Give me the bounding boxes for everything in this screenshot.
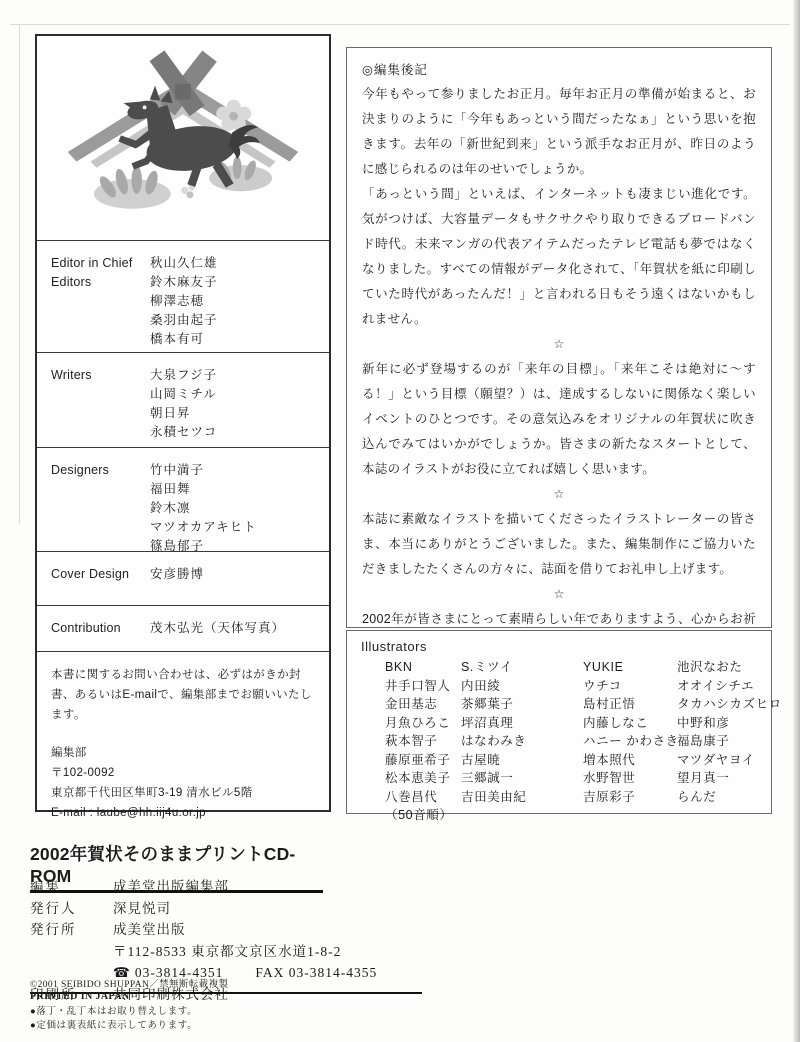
credit-role-labels: Cover Design bbox=[51, 565, 150, 605]
credit-name: 秋山久仁雄 bbox=[150, 254, 329, 273]
publication-row-value: 成美堂出版編集部 bbox=[113, 879, 229, 894]
credit-role-label: Writers bbox=[51, 366, 150, 385]
credit-name: 柳澤志穂 bbox=[150, 292, 329, 311]
printed-in-japan: PRINTED IN JAPAN bbox=[30, 991, 130, 1002]
credit-name: 永積セツコ bbox=[150, 423, 329, 442]
credit-role-label: Editor in Chief bbox=[51, 254, 150, 273]
illustrator-name: 萩本智子 bbox=[385, 732, 453, 751]
credit-name: 橋本有可 bbox=[150, 330, 329, 349]
illustrator-name: 茶郷葉子 bbox=[461, 695, 527, 714]
credit-section: Editor in ChiefEditors秋山久仁雄鈴木麻友子柳澤志穂桑羽由起… bbox=[37, 240, 329, 352]
illustrator-name: ハニー かわさき bbox=[583, 732, 679, 751]
illustrators-label: Illustrators bbox=[361, 639, 771, 654]
illustrator-name: はなわみき bbox=[461, 732, 527, 751]
ema-horse-illustration bbox=[52, 44, 314, 232]
editorial-postscript-panel: ◎編集後記 今年もやって参りましたお正月。毎年お正月の準備が始まると、お決まりの… bbox=[346, 47, 772, 628]
illustrator-name: 内田綾 bbox=[461, 677, 527, 696]
credit-role-label: Cover Design bbox=[51, 565, 150, 584]
postscript-paragraph: 新年に必ず登場するのが「来年の目標」。「来年こそは絶対に〜する！」という目標（願… bbox=[362, 357, 756, 482]
credit-name: 大泉フジ子 bbox=[150, 366, 329, 385]
colophon-note: ●定価は裏表紙に表示してあります。 bbox=[30, 1019, 197, 1033]
credit-name: 竹中満子 bbox=[150, 461, 329, 480]
credit-role-labels: Designers bbox=[51, 461, 150, 551]
credit-sections: Editor in ChiefEditors秋山久仁雄鈴木麻友子柳澤志穂桑羽由起… bbox=[37, 240, 329, 651]
illustrator-name: S.ミツイ bbox=[461, 658, 527, 677]
illustrator-name: らんだ bbox=[677, 788, 782, 807]
credit-name: 福田舞 bbox=[150, 480, 329, 499]
contact-postal: 〒102-0092 bbox=[51, 763, 317, 783]
illustrator-name: （50音順） bbox=[385, 806, 453, 825]
credit-names: 安彦勝博 bbox=[150, 565, 329, 605]
star-divider: ☆ bbox=[362, 582, 756, 607]
illustrator-name: 坪沼真理 bbox=[461, 714, 527, 733]
contact-email: E-mail : laube@hh.iij4u.or.jp bbox=[51, 803, 317, 823]
illustrator-column: S.ミツイ内田綾茶郷葉子坪沼真理はなわみき古屋暁三郷誠一吉田美由紀 bbox=[461, 658, 527, 806]
illustrators-columns: BKN井手口智人金田基志月魚ひろこ萩本智子藤原亜希子松本恵美子八巻昌代（50音順… bbox=[361, 658, 771, 808]
credit-name: 鈴木麻友子 bbox=[150, 273, 329, 292]
publication-row-value: 〒112-8533 東京都文京区水道1-8-2 bbox=[113, 944, 341, 959]
credit-role-labels: Writers bbox=[51, 366, 150, 447]
publication-row: 〒112-8533 東京都文京区水道1-8-2 bbox=[30, 941, 450, 963]
credit-section: Cover Design安彦勝博 bbox=[37, 551, 329, 605]
illustrator-name: オオイシチエ bbox=[677, 677, 782, 696]
credit-section: Designers竹中満子福田舞鈴木凛マツオカアキヒト篠島郁子 bbox=[37, 447, 329, 551]
credit-name: 安彦勝博 bbox=[150, 565, 329, 584]
scan-edge-shadow bbox=[793, 0, 800, 1042]
illustrator-column: 池沢なおたオオイシチエタカハシカズヒロ中野和彦福島康子マツダヤヨイ望月真一らんだ bbox=[677, 658, 782, 806]
credit-name: 桑羽由起子 bbox=[150, 311, 329, 330]
illustrators-panel: Illustrators BKN井手口智人金田基志月魚ひろこ萩本智子藤原亜希子松… bbox=[346, 630, 772, 814]
spacer bbox=[51, 725, 317, 743]
credit-role-label: Designers bbox=[51, 461, 150, 480]
illustrator-column: YUKIEウチコ島村正悟内藤しなこハニー かわさき増本照代水野智世吉原彩子 bbox=[583, 658, 679, 806]
illustrator-name: YUKIE bbox=[583, 658, 679, 677]
credit-name: マツオカアキヒト bbox=[150, 518, 329, 537]
publication-row-label: 発行所 bbox=[30, 919, 113, 941]
illustrator-column: BKN井手口智人金田基志月魚ひろこ萩本智子藤原亜希子松本恵美子八巻昌代（50音順… bbox=[385, 658, 453, 825]
credit-names: 秋山久仁雄鈴木麻友子柳澤志穂桑羽由起子橋本有可 bbox=[150, 254, 329, 352]
postscript-paragraph: 「あっという間」といえば、インターネットも凄まじい進化です。気がつけば、大容量デ… bbox=[362, 182, 756, 332]
contact-section: 本書に関するお問い合わせは、必ずはがきか封書、あるいはE-mailで、編集部まで… bbox=[37, 651, 329, 812]
credit-name: 篠島郁子 bbox=[150, 537, 329, 551]
illustrator-name: 月魚ひろこ bbox=[385, 714, 453, 733]
illustrator-name: 水野智世 bbox=[583, 769, 679, 788]
illustrator-name: 内藤しなこ bbox=[583, 714, 679, 733]
star-divider: ☆ bbox=[362, 482, 756, 507]
postscript-paragraph: 今年もやって参りましたお正月。毎年お正月の準備が始まると、お決まりのように「今年… bbox=[362, 82, 756, 182]
postscript-paragraph: 本誌に素敵なイラストを描いてくださったイラストレーターの皆さま、本当にありがとう… bbox=[362, 507, 756, 582]
star-divider: ☆ bbox=[362, 332, 756, 357]
illustrator-name: 井手口智人 bbox=[385, 677, 453, 696]
publication-row-label: 発行人 bbox=[30, 898, 113, 920]
publication-row: 編集成美堂出版編集部 bbox=[30, 876, 450, 898]
illustrator-name: 八巻昌代 bbox=[385, 788, 453, 807]
illustrator-name: マツダヤヨイ bbox=[677, 751, 782, 770]
illustrator-name: 池沢なおた bbox=[677, 658, 782, 677]
credit-role-label: Contribution bbox=[51, 619, 150, 638]
publication-row-label: 編集 bbox=[30, 876, 113, 898]
postscript-title: ◎編集後記 bbox=[362, 58, 756, 82]
illustrator-name: BKN bbox=[385, 658, 453, 677]
credit-role-labels: Editor in ChiefEditors bbox=[51, 254, 150, 352]
illustrator-name: 松本恵美子 bbox=[385, 769, 453, 788]
credits-panel: Editor in ChiefEditors秋山久仁雄鈴木麻友子柳澤志穂桑羽由起… bbox=[35, 34, 331, 812]
illustrator-name: 吉原彩子 bbox=[583, 788, 679, 807]
contact-dept: 編集部 bbox=[51, 743, 317, 763]
credit-name: 茂木弘光（天体写真） bbox=[150, 619, 329, 638]
credit-section: Writers大泉フジ子山岡ミチル朝日昇永積セツコ bbox=[37, 352, 329, 447]
publication-row-value: 深見悦司 bbox=[113, 901, 171, 916]
scan-edge-line bbox=[10, 24, 790, 25]
contact-notice: 本書に関するお問い合わせは、必ずはがきか封書、あるいはE-mailで、編集部まで… bbox=[51, 665, 317, 725]
illustrator-name: 中野和彦 bbox=[677, 714, 782, 733]
illustrator-name: 望月真一 bbox=[677, 769, 782, 788]
publication-row: 発行所成美堂出版 bbox=[30, 919, 450, 941]
illustrator-name: タカハシカズヒロ bbox=[677, 695, 782, 714]
credit-names: 竹中満子福田舞鈴木凛マツオカアキヒト篠島郁子 bbox=[150, 461, 329, 551]
credit-name: 朝日昇 bbox=[150, 404, 329, 423]
illustrator-name: 吉田美由紀 bbox=[461, 788, 527, 807]
colophon-notes: ●落丁・乱丁本はお取り替えします。●定価は裏表紙に表示してあります。 bbox=[30, 1005, 197, 1033]
illustrator-name: 増本照代 bbox=[583, 751, 679, 770]
illustrator-name: 三郷誠一 bbox=[461, 769, 527, 788]
credit-names: 大泉フジ子山岡ミチル朝日昇永積セツコ bbox=[150, 366, 329, 447]
illustrator-name: 藤原亜希子 bbox=[385, 751, 453, 770]
illustrator-name: 福島康子 bbox=[677, 732, 782, 751]
credit-role-labels: Contribution bbox=[51, 619, 150, 651]
credit-names: 茂木弘光（天体写真） bbox=[150, 619, 329, 651]
new-year-artwork bbox=[37, 36, 329, 240]
credit-section: Contribution茂木弘光（天体写真） bbox=[37, 605, 329, 651]
credit-name: 鈴木凛 bbox=[150, 499, 329, 518]
scan-edge-line bbox=[19, 24, 20, 524]
colophon-note: ●落丁・乱丁本はお取り替えします。 bbox=[30, 1005, 197, 1019]
credit-name: 山岡ミチル bbox=[150, 385, 329, 404]
illustrator-name: 古屋暁 bbox=[461, 751, 527, 770]
contact-address: 東京都千代田区隼町3-19 清水ビル5階 bbox=[51, 783, 317, 803]
publication-row: 発行人深見悦司 bbox=[30, 898, 450, 920]
postscript-body: 今年もやって参りましたお正月。毎年お正月の準備が始まると、お決まりのように「今年… bbox=[362, 82, 756, 657]
illustrator-name: 金田基志 bbox=[385, 695, 453, 714]
illustrator-name: 島村正悟 bbox=[583, 695, 679, 714]
illustrator-name: ウチコ bbox=[583, 677, 679, 696]
credit-role-label: Editors bbox=[51, 273, 150, 292]
publication-row-value: 成美堂出版 bbox=[113, 922, 186, 937]
